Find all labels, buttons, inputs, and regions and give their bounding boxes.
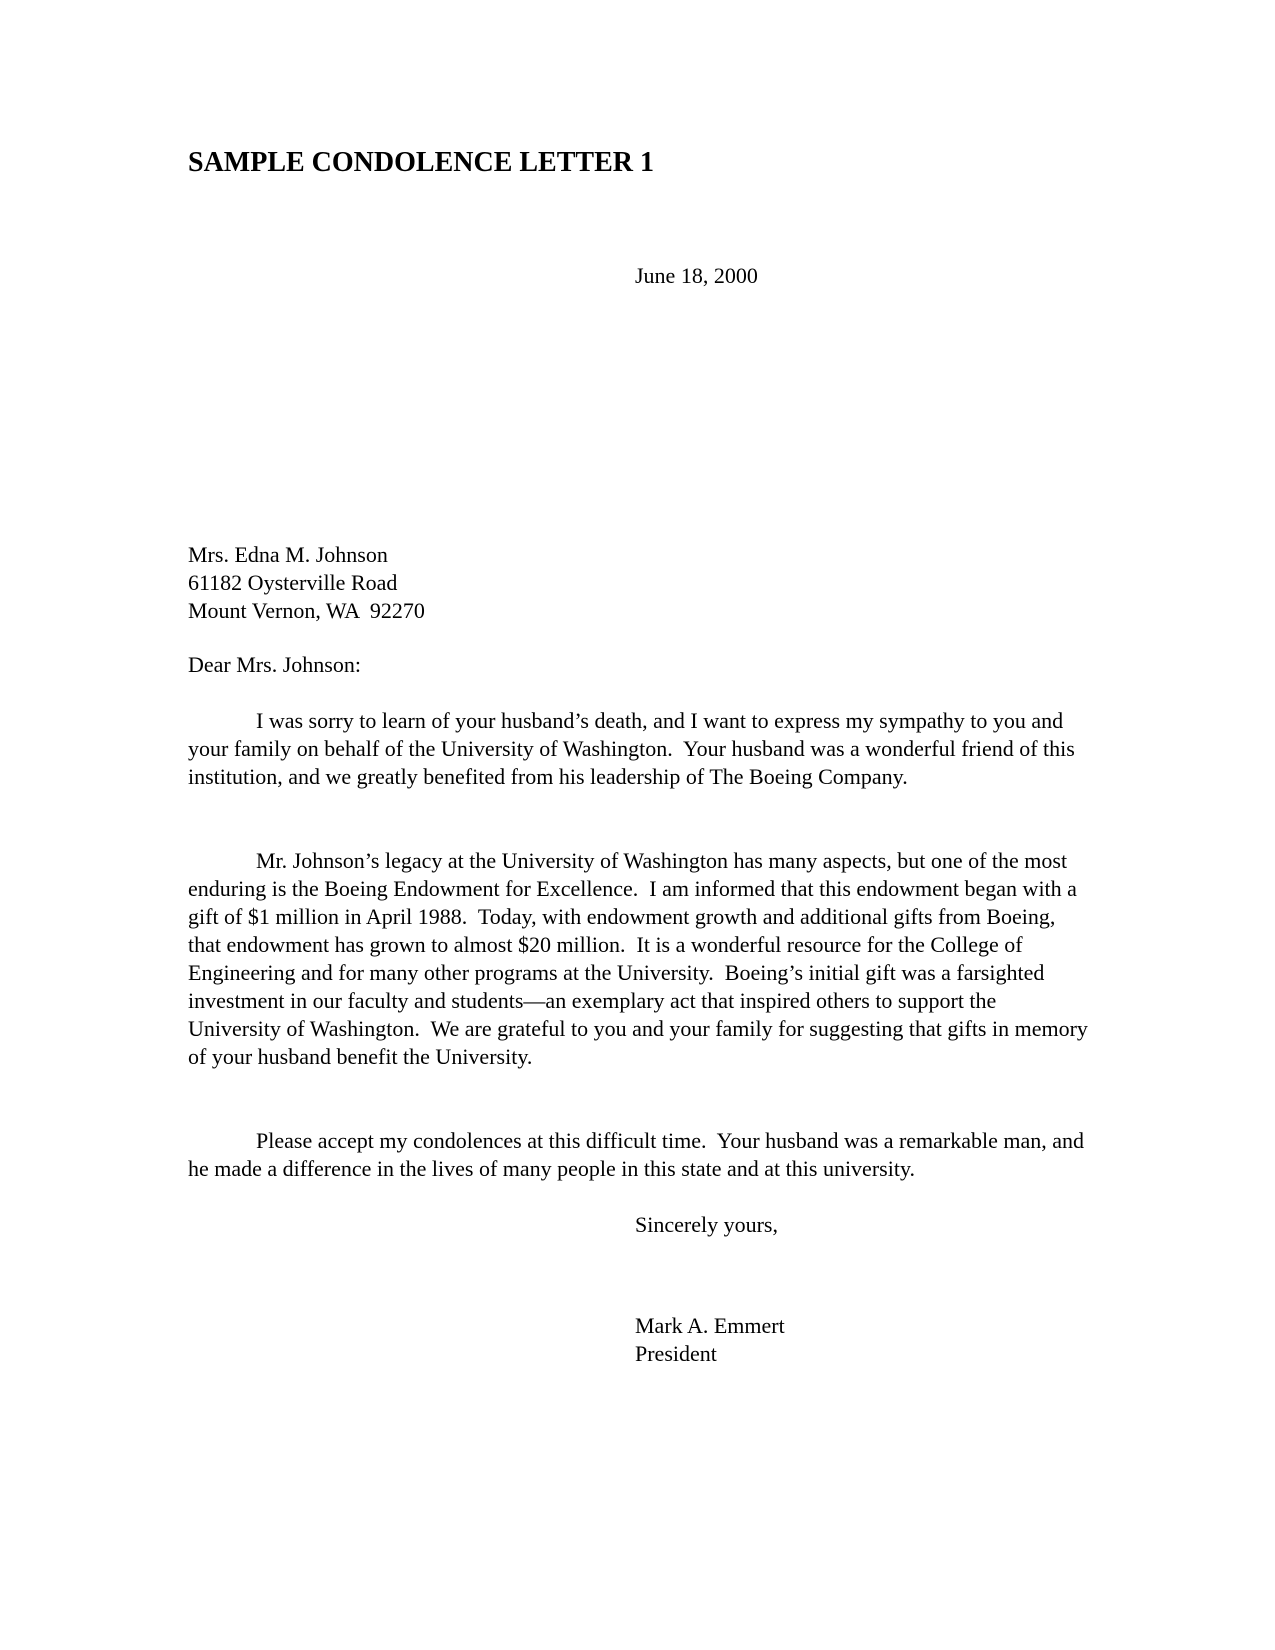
letter-page: SAMPLE CONDOLENCE LETTER 1 June 18, 2000… [0,0,1275,1650]
signer-title: President [635,1340,1275,1368]
salutation: Dear Mrs. Johnson: [188,651,1088,679]
signature-block: Mark A. Emmert President [188,1312,1275,1368]
recipient-address: Mrs. Edna M. Johnson 61182 Oysterville R… [188,541,1088,625]
recipient-name: Mrs. Edna M. Johnson [188,541,1088,569]
recipient-street: 61182 Oysterville Road [188,569,1088,597]
valediction: Sincerely yours, [188,1211,1275,1239]
letter-date: June 18, 2000 [188,262,1275,290]
signer-name: Mark A. Emmert [635,1312,1275,1340]
body-paragraph-2: Mr. Johnson’s legacy at the University o… [188,847,1088,1071]
letter-title: SAMPLE CONDOLENCE LETTER 1 [188,146,1088,180]
body-paragraph-1: I was sorry to learn of your husband’s d… [188,707,1088,791]
body-paragraph-3: Please accept my condolences at this dif… [188,1127,1088,1183]
recipient-city-state-zip: Mount Vernon, WA 92270 [188,597,1088,625]
